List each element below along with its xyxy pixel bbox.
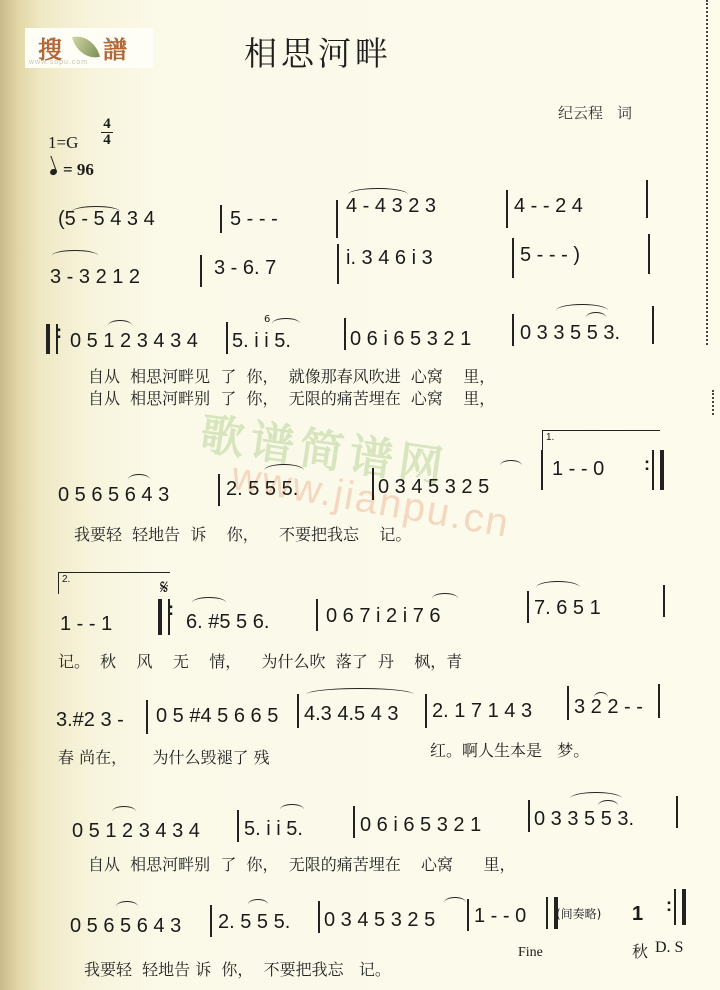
- fine-marking: Fine: [518, 945, 543, 961]
- slur: [536, 581, 580, 594]
- barline: [336, 200, 338, 238]
- pickup-note: 1: [632, 903, 643, 926]
- barline: [512, 238, 514, 278]
- barline: [676, 796, 678, 828]
- segno-icon: 𝄋: [160, 577, 169, 600]
- slur: [306, 688, 414, 701]
- measure: 0 3 3 5 5 3.: [534, 808, 634, 831]
- volta-label: 2.: [62, 574, 70, 585]
- barline: [297, 694, 299, 728]
- time-sig-top: 4: [101, 117, 113, 133]
- tempo-value: = 96: [63, 160, 94, 179]
- slur: [52, 250, 98, 261]
- barline: [318, 901, 320, 933]
- barline: [316, 599, 318, 631]
- slur: [432, 593, 458, 604]
- repeat-dots: :: [168, 605, 174, 613]
- repeat-dots: :: [666, 901, 672, 909]
- barline: [527, 591, 529, 623]
- lyricist-role: 词: [617, 104, 632, 122]
- site-logo[interactable]: 搜 譜 www.sopu.com: [25, 28, 153, 68]
- measure: (5 - 5 4 3 4: [58, 208, 155, 231]
- barline: [226, 322, 228, 354]
- measure: 0 3 3 5 5 3.: [520, 322, 620, 345]
- measure: 0 5 #4 5 6 6 5: [156, 705, 278, 728]
- measure: 2. 5 5 5.: [226, 478, 298, 501]
- measure: 4 - 4 3 2 3: [346, 195, 436, 218]
- time-sig-bottom: 4: [101, 133, 113, 148]
- barline: [220, 205, 222, 233]
- measure: 0 5 6 5 6 4 3: [58, 484, 169, 507]
- interlude-note: (间奏略): [556, 905, 601, 922]
- barline: [237, 810, 239, 842]
- measure: 3.#2 3 -: [56, 709, 124, 732]
- page-edge-perforation: [706, 0, 710, 345]
- repeat-end-barline: [674, 889, 686, 925]
- barline: [652, 306, 654, 344]
- lyrics: 我要轻 轻地告 诉 你， 不要把我忘 记。: [84, 957, 391, 980]
- barline: [337, 244, 339, 284]
- measure: 3 - 6. 7: [214, 257, 276, 280]
- barline: [210, 905, 212, 937]
- barline: [353, 806, 355, 838]
- barline: [506, 190, 508, 228]
- barline: [344, 318, 346, 350]
- key-signature: 1=G: [48, 133, 78, 153]
- measure: 0 3 4 5 3 2 5: [378, 476, 489, 499]
- quarter-note-icon: [49, 168, 58, 176]
- measure: i. 3 4 6 i 3: [346, 247, 433, 270]
- repeat-dots: :: [56, 328, 62, 336]
- measure: 5. i i 5.: [244, 818, 303, 841]
- measure: 0 5 1 2 3 4 3 4: [70, 330, 198, 353]
- measure: 0 6 7 i 2 i 7 6: [326, 605, 441, 628]
- lyrics: 秋: [632, 939, 648, 962]
- song-title: 相思河畔: [244, 28, 392, 75]
- barline: [567, 686, 569, 720]
- measure: 5 - - -: [230, 208, 278, 231]
- measure: 0 5 1 2 3 4 3 4: [72, 820, 200, 843]
- measure: 0 6 i 6 5 3 2 1: [360, 814, 481, 837]
- slur: [272, 318, 300, 329]
- barline: [425, 694, 427, 728]
- dal-segno-marking: D. S: [655, 939, 683, 957]
- measure: 5. i i 5.: [232, 330, 291, 353]
- repeat-end-barline: [652, 450, 664, 490]
- measure: 7. 6 5 1: [534, 597, 601, 620]
- leaf-icon: [72, 32, 100, 63]
- grace-note: 6: [264, 314, 270, 325]
- barline: [646, 180, 648, 218]
- measure: 1 - - 0: [474, 905, 526, 928]
- barline: [467, 899, 469, 931]
- measure: 2. 5 5 5.: [218, 911, 290, 934]
- lyrics-verse-1: 自从 相思河畔见 了 你， 就像那春风吹进 心窝 里，: [88, 364, 495, 387]
- slur: [248, 899, 268, 910]
- measure: 4.3 4.5 4 3: [304, 703, 399, 726]
- lyricist-name: 纪云程: [558, 104, 603, 122]
- barline: [648, 234, 650, 274]
- measure: 2. 1 7 1 4 3: [432, 700, 532, 723]
- barline: [663, 585, 665, 617]
- barline: [372, 468, 374, 500]
- measure: 1 - - 1: [60, 613, 112, 636]
- measure: 0 3 4 5 3 2 5: [324, 909, 435, 932]
- slur: [192, 597, 226, 608]
- measure: 5 - - - ): [520, 244, 580, 267]
- measure: 6. #5 5 6.: [186, 611, 269, 634]
- lyrics: 记。 秋 风 无 情， 为什么吹 落了 丹 枫，青: [58, 649, 462, 672]
- slur: [444, 897, 466, 908]
- logo-char: 譜: [103, 30, 127, 65]
- lyrics: 我要轻 轻地告 诉 你， 不要把我忘 记。: [74, 522, 411, 545]
- lyrics: 红。啊人生本是 梦。: [430, 738, 589, 761]
- barline: [218, 474, 220, 506]
- barline: [146, 700, 148, 734]
- page-edge-perforation: [712, 390, 714, 415]
- barline: [528, 800, 530, 832]
- lyrics-verse-2: 自从 相思河畔别 了 你， 无限的痛苦埋在 心窝 里，: [88, 386, 495, 409]
- volta-label: 1.: [546, 432, 554, 443]
- measure: 3 - 3 2 1 2: [50, 266, 140, 289]
- tempo-marking: = 96: [50, 160, 94, 180]
- slur: [500, 460, 522, 471]
- lyrics: 春 尚在， 为什么毁褪了 残: [58, 745, 270, 768]
- slur: [112, 806, 136, 817]
- barline: [512, 314, 514, 346]
- barline: [541, 450, 543, 490]
- slur: [264, 464, 304, 477]
- repeat-dots: :: [644, 460, 650, 468]
- measure: 3 2 2 - -: [574, 696, 643, 719]
- barline: [658, 684, 660, 718]
- slur: [280, 804, 304, 815]
- time-signature: 44: [101, 117, 113, 148]
- measure: 1 - - 0: [552, 458, 604, 481]
- measure: 0 5 6 5 6 4 3: [70, 915, 181, 938]
- logo-url: www.sopu.com: [29, 59, 88, 66]
- measure: 4 - - 2 4: [514, 195, 583, 218]
- lyricist-credit: 纪云程词: [558, 102, 632, 123]
- second-ending-bracket: 2.: [58, 572, 170, 594]
- slur: [116, 901, 138, 912]
- lyrics: 自从 相思河畔别 了 你， 无限的痛苦埋在 心窝 里，: [88, 852, 516, 875]
- barline: [200, 255, 202, 287]
- measure: 0 6 i 6 5 3 2 1: [350, 328, 471, 351]
